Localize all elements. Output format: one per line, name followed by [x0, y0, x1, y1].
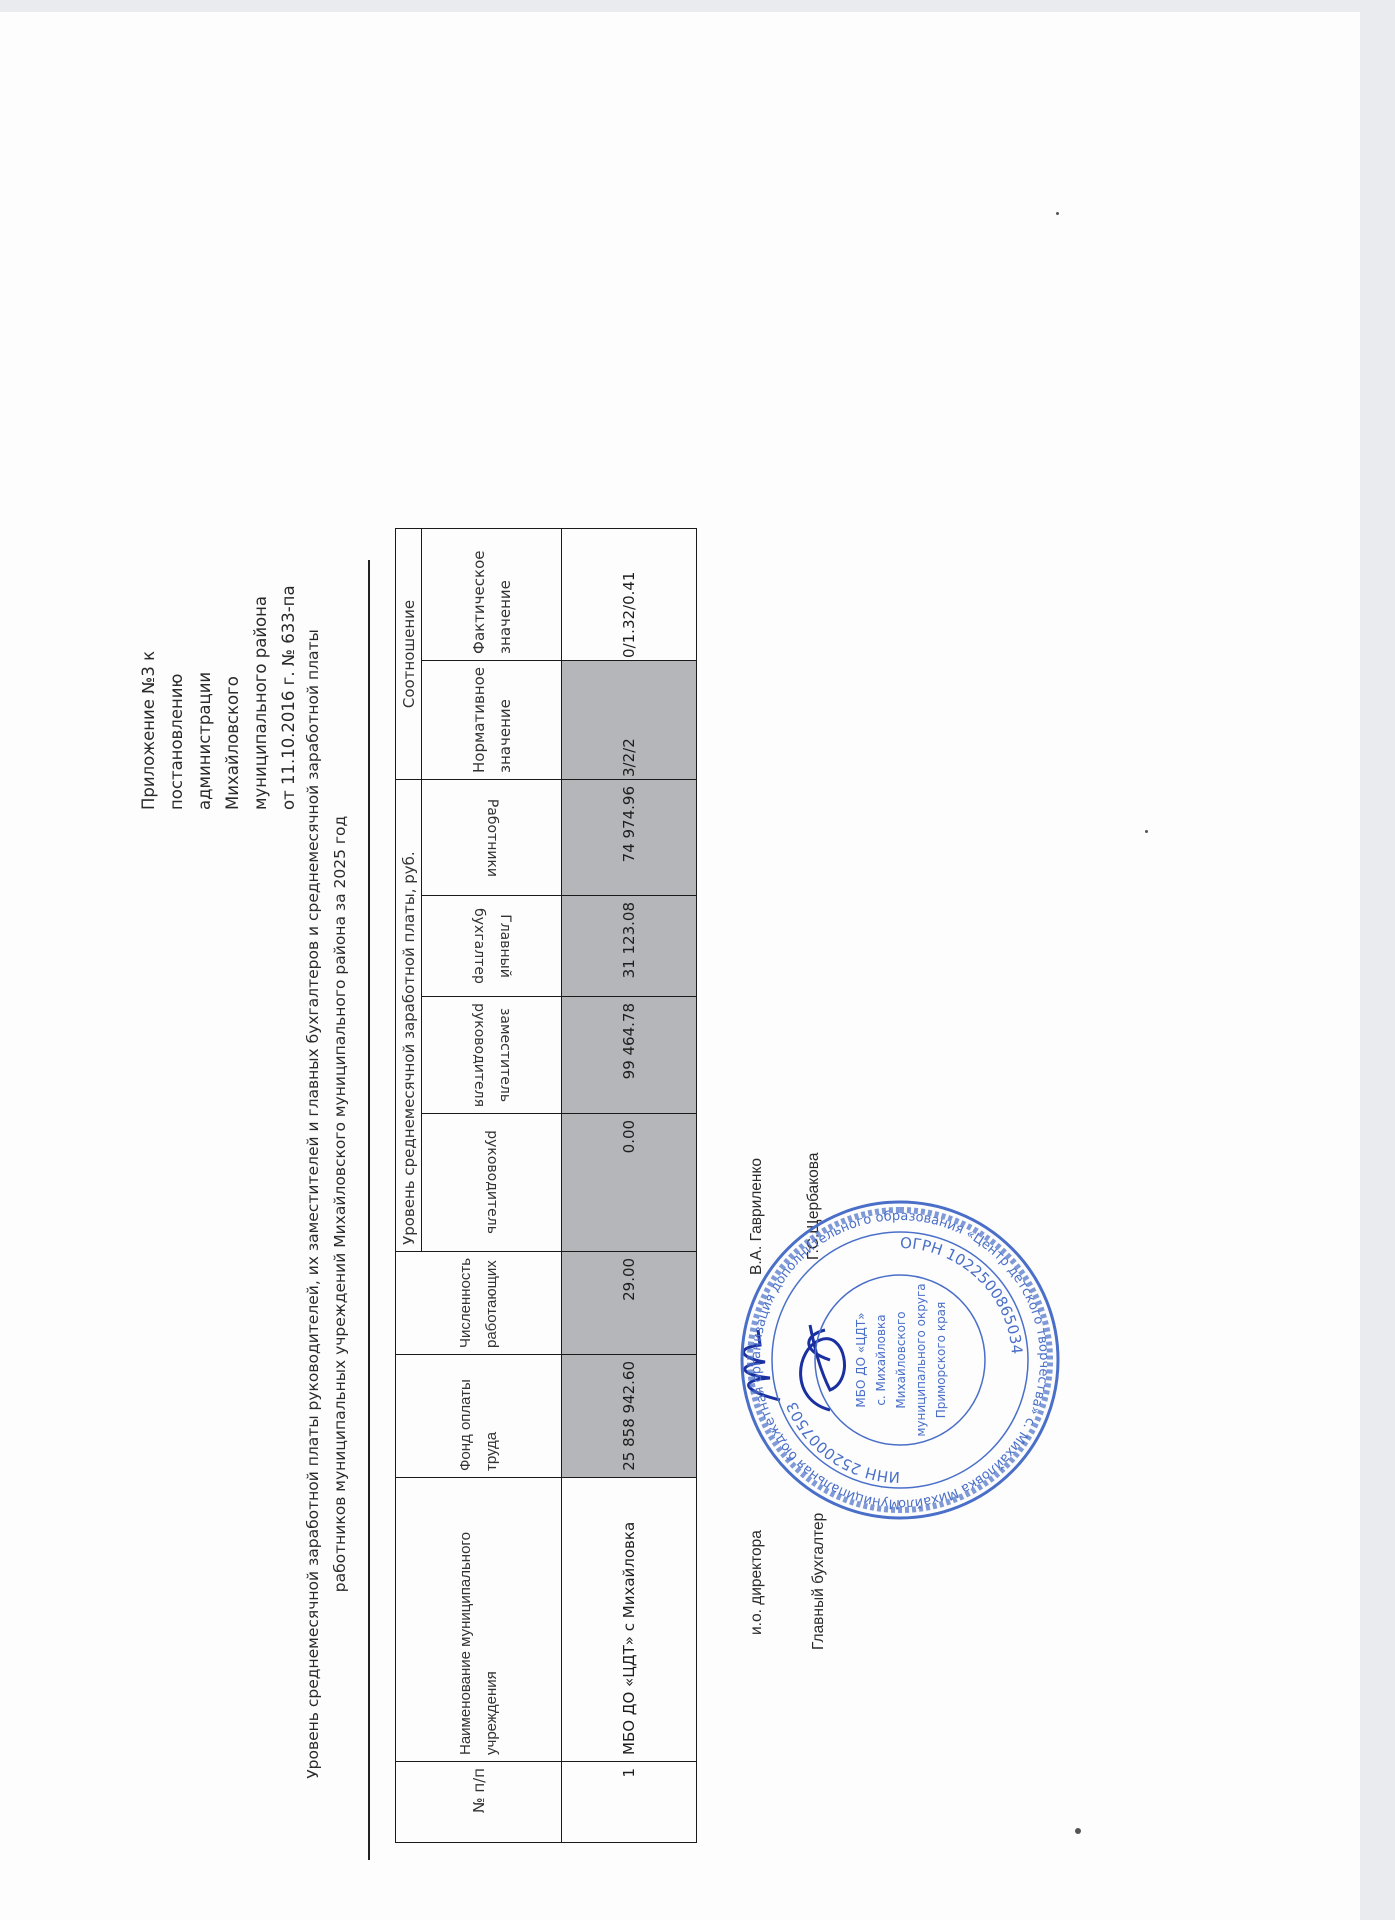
header-name: Наименование муниципального учреждения	[396, 1478, 562, 1762]
cell-head-salary: 0.00	[562, 1113, 697, 1251]
stamp-center-line: МБО ДО «ЦДТ»	[854, 1312, 868, 1407]
header-ratio-normative: Нормативное значение	[422, 660, 562, 779]
stamp-center-line: с. Михайловка	[874, 1314, 888, 1405]
header-salary-group: Уровень среднемесячной заработной платы,…	[396, 780, 422, 1252]
stamp-center-line: Михайловского	[894, 1311, 908, 1408]
official-stamp: Муниципальная бюджетная организация допо…	[735, 1195, 1065, 1525]
appendix-line: Приложение №3 к	[135, 510, 163, 810]
cell-fund: 25 858 942.60	[562, 1355, 697, 1478]
header-workers-salary: Работники	[422, 780, 562, 896]
appendix-line: администрации	[191, 510, 219, 810]
table-row: 1 МБО ДО «ЦДТ» с Михайловка 25 858 942.6…	[562, 528, 697, 1842]
signature-role-accountant: Главный бухгалтер	[810, 1513, 828, 1650]
header-ratio-actual: Фактическое значение	[422, 528, 562, 660]
appendix-line: постановлению	[163, 510, 191, 810]
header-headcount: Численность работающих	[396, 1251, 562, 1354]
cell-npp: 1	[562, 1762, 697, 1843]
header-head-salary: руководитель	[422, 1113, 562, 1251]
title-underline	[368, 560, 370, 1860]
salary-table: № п/п Наименование муниципального учрежд…	[395, 528, 697, 1843]
cell-name: МБО ДО «ЦДТ» с Михайловка	[562, 1478, 697, 1762]
header-fund: Фонд оплаты труда	[396, 1355, 562, 1478]
header-ratio-group: Соотношение	[396, 528, 422, 779]
appendix-line: муниципального района	[247, 510, 275, 810]
cell-ratio-normative: 3/2/2	[562, 660, 697, 779]
header-npp: № п/п	[396, 1762, 562, 1843]
appendix-line: Михайловского	[219, 510, 247, 810]
header-row-group: № п/п Наименование муниципального учрежд…	[396, 528, 422, 1842]
cell-headcount: 29.00	[562, 1251, 697, 1354]
stamp-center-line: Приморского края	[934, 1302, 948, 1419]
cell-ratio-actual: 0/1.32/0.41	[562, 528, 697, 660]
appendix-note: Приложение №3 к постановлению администра…	[135, 510, 303, 810]
cell-workers-salary: 74 974.96	[562, 780, 697, 896]
scan-speck	[1056, 212, 1059, 215]
cell-deputy-salary: 99 464.78	[562, 997, 697, 1114]
rotated-document-content: Приложение №3 к постановлению администра…	[0, 0, 1395, 1920]
document-title: Уровень среднемесячной заработной платы …	[300, 565, 354, 1843]
scan-speck	[1075, 1828, 1081, 1834]
header-chief-accountant-salary: Главный бухгалтер	[422, 896, 562, 997]
title-line-1: Уровень среднемесячной заработной платы …	[300, 565, 327, 1843]
cell-chief-accountant-salary: 31 123.08	[562, 896, 697, 997]
appendix-line: от 11.10.2016 г. № 633-па	[275, 510, 303, 810]
header-deputy-salary: заместитель руководителя	[422, 997, 562, 1114]
signature-role-director: и.о. директора	[748, 1530, 766, 1635]
title-line-2: работников муниципальных учреждений Миха…	[327, 565, 354, 1843]
scan-speck	[1145, 830, 1148, 833]
stamp-center-line: муниципального округа	[914, 1283, 928, 1436]
